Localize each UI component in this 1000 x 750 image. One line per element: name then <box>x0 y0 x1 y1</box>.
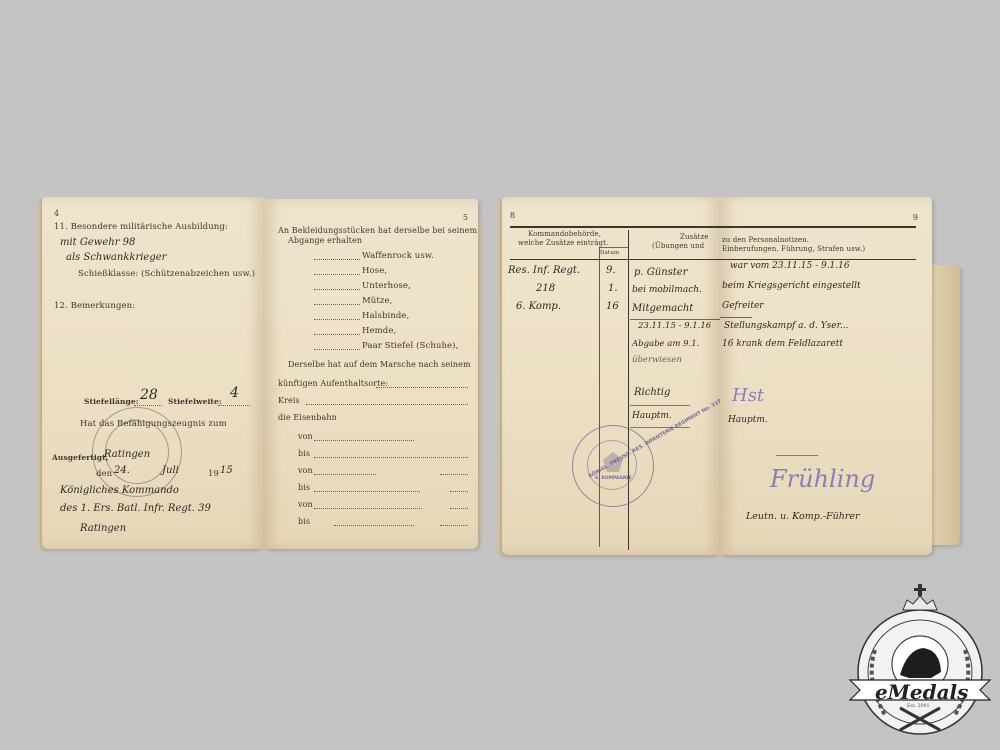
entry-unit-2: 218 <box>536 283 555 294</box>
stamp-inner-text: 6. KOMPAGNIE <box>595 476 632 481</box>
laurel-crest-icon <box>845 580 995 745</box>
col-additions-header-1: Zusätze <box>680 233 708 241</box>
entry-text-line: überwiesen <box>632 355 682 365</box>
entry-date-2: 1. <box>608 283 618 294</box>
certificate-label: Hat das Befähigungszeugnis zum <box>80 419 227 429</box>
boot-width-value: 4 <box>230 385 239 401</box>
clothing-item: Halsbinde, <box>362 311 409 321</box>
entry-text-line: 23.11.15 - 9.1.16 <box>638 321 711 331</box>
purple-signature-1: Hst <box>732 385 764 406</box>
page-8: 8 Kommandobehörde, welche Zusätze einträ… <box>502 197 720 555</box>
regiment-stamp-purple: KÖNIGL. PREUSS. RES. INFANTERIE REGIMENT… <box>572 425 654 507</box>
entry-text-line: Abgabe am 9.1. <box>632 339 699 349</box>
item-12-label: 12. Bemerkungen: <box>54 301 135 311</box>
issued-place: Ratingen <box>104 449 150 460</box>
issued-label: Ausgefertigt, <box>52 453 108 462</box>
purple-signature-2: Frühling <box>770 465 875 493</box>
entry-text-line: Gefreiter <box>722 301 764 311</box>
dotted-line <box>218 405 250 406</box>
right-booklet: 8 Kommandobehörde, welche Zusätze einträ… <box>502 197 964 557</box>
loose-insert-pages <box>930 265 960 545</box>
handwritten-training-2: als Schwankkrieger <box>66 252 166 263</box>
page-5: 5 An Bekleidungsstücken hat derselbe bei… <box>264 199 478 549</box>
railway-label: die Eisenbahn <box>278 413 337 422</box>
clothing-item: Paar Stiefel (Schuhe), <box>362 341 458 351</box>
header-rule <box>720 259 916 260</box>
page-number: 9 <box>913 213 918 222</box>
intro-line-2: Abgange erhalten <box>288 236 362 245</box>
col-date-header: Datum <box>600 250 619 256</box>
date-year: 15 <box>220 465 233 476</box>
date-year-prefix: 19 <box>208 469 219 479</box>
page-number: 8 <box>510 211 515 220</box>
route-from: von <box>298 466 313 475</box>
col-additions-header-2: (Übungen und <box>652 242 704 250</box>
entry-text-line: beim Kriegsgericht eingestellt <box>722 281 861 291</box>
header-line-1: zu den Personalnotizen. <box>722 236 809 244</box>
clothing-item: Unterhose, <box>362 281 411 291</box>
brand-established: Est. 2001 <box>907 704 930 709</box>
entry-text-line: Hauptm. <box>632 411 672 421</box>
brand-name: eMedals <box>875 680 968 704</box>
entry-date-3: 16 <box>606 301 619 312</box>
entry-text-line: Richtig <box>634 387 670 398</box>
intro-line-1: An Bekleidungsstücken hat derselbe bei s… <box>278 226 477 235</box>
date-month: Juli <box>162 465 179 476</box>
header-line-2: Einberufungen, Führung, Strafen usw.) <box>722 245 865 253</box>
header-rule <box>510 226 720 228</box>
boot-length-value: 28 <box>140 387 158 403</box>
entry-unit-3: 6. Komp. <box>516 301 561 312</box>
route-from: von <box>298 432 313 441</box>
signature-line-3: Ratingen <box>80 523 126 534</box>
route-to: bis <box>298 483 310 492</box>
boot-width-label: Stiefelweite: <box>168 397 222 406</box>
signature-title-2: Leutn. u. Komp.-Führer <box>746 511 860 522</box>
shooting-class-label: Schießklasse: (Schützenabzeichen usw.) <box>78 269 255 279</box>
page-9: 9 zu den Personalnotizen. Einberufungen,… <box>720 197 932 555</box>
date-prefix: den <box>96 469 112 479</box>
entry-text-line: bei mobilmach. <box>632 285 702 295</box>
dotted-line <box>134 405 162 406</box>
clothing-item: Hose, <box>362 266 387 276</box>
district-label: Kreis <box>278 396 300 405</box>
page-4: 4 11. Besondere militärische Ausbildung:… <box>42 197 264 549</box>
clothing-item: Waffenrock usw. <box>362 251 434 261</box>
boot-length-label: Stiefellänge: <box>84 397 139 406</box>
entry-unit-1: Res. Inf. Regt. <box>508 265 580 276</box>
route-to: bis <box>298 517 310 526</box>
route-from: von <box>298 500 313 509</box>
signature-line-1: Königliches Kommando <box>60 485 179 496</box>
entry-text-line: Stellungskampf a. d. Yser... <box>724 321 849 331</box>
header-rule <box>720 226 916 228</box>
col-authority-header-2: welche Zusätze einträgt. <box>518 239 608 247</box>
entry-text-line: 16 krank dem Feldlazarett <box>722 339 843 349</box>
date-day: 24. <box>114 465 130 476</box>
page-number: 4 <box>54 209 59 218</box>
signature-title-1: Hauptm. <box>728 415 768 425</box>
clothing-item: Mütze, <box>362 296 392 306</box>
entry-text-line: p. Günster <box>634 267 687 278</box>
left-booklet: 4 11. Besondere militärische Ausbildung:… <box>42 197 478 557</box>
entry-text-line: Mitgemacht <box>632 303 693 314</box>
signature-line-2: des 1. Ers. Batl. Infr. Regt. 39 <box>60 503 211 514</box>
clothing-item: Hemde, <box>362 326 396 336</box>
item-11-label: 11. Besondere militärische Ausbildung: <box>54 222 228 232</box>
handwritten-training-1: mit Gewehr 98 <box>60 237 135 248</box>
col-authority-header-1: Kommandobehörde, <box>528 230 601 238</box>
entry-text-line: war vom 23.11.15 - 9.1.16 <box>730 261 850 271</box>
route-to: bis <box>298 449 310 458</box>
header-rule <box>510 259 720 260</box>
emedals-watermark-logo: eMedals Est. 2001 <box>845 580 995 745</box>
residence-label: künftigen Aufenthaltsorte: <box>278 379 388 388</box>
page-number: 5 <box>463 213 468 222</box>
entry-date-1: 9. <box>606 265 616 276</box>
march-line: Derselbe hat auf dem Marsche nach seinem <box>288 360 471 369</box>
